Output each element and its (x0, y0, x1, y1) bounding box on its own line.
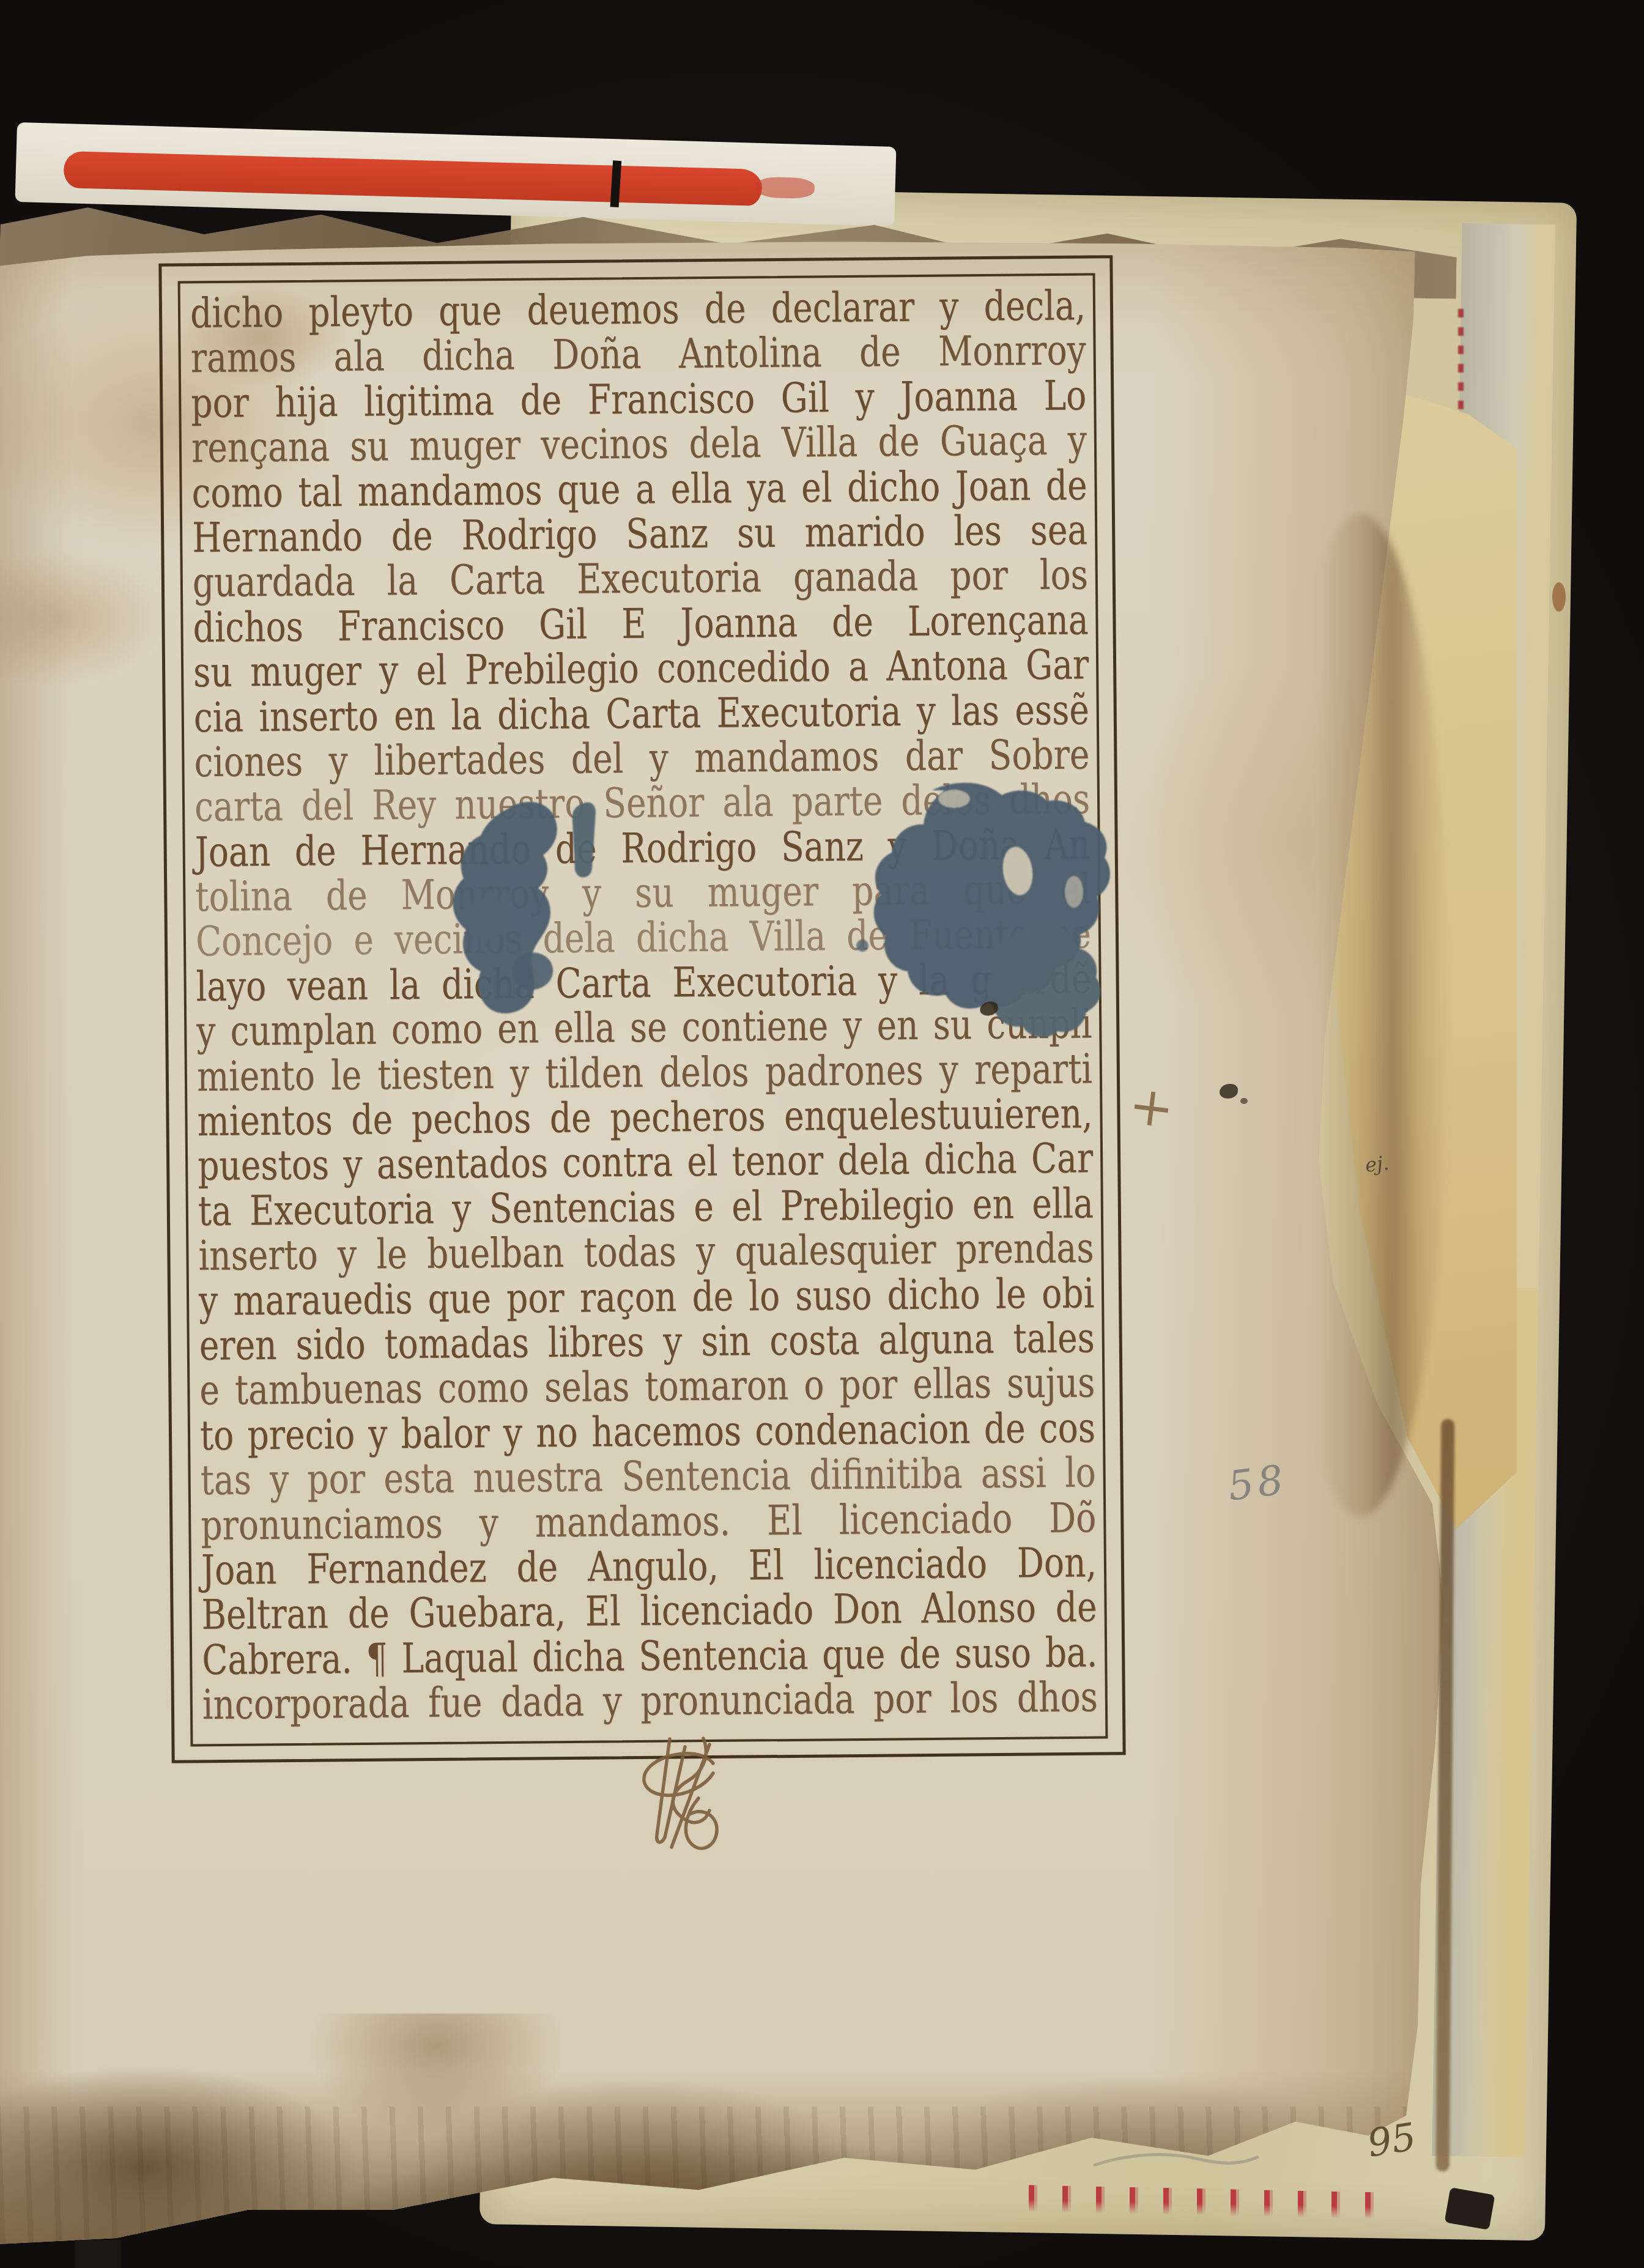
manuscript-line: incorporada fue dada y pronunciada por l… (202, 1678, 1098, 1731)
page-fold-fray (1272, 514, 1450, 1517)
ink-speck-small (1240, 1098, 1248, 1104)
cover-shadow-sliver (75, 2240, 121, 2268)
margin-note: ej. (1364, 1151, 1390, 1177)
margin-cross-mark: + (1125, 1073, 1178, 1141)
manuscript-photo-scene: dicho pleyto que deuemos de declarar y d… (0, 0, 1644, 2268)
folio-number-pencil: 58 (1226, 1456, 1290, 1510)
folio-number-ink: 95 (1364, 2114, 1419, 2165)
crease-red-flecks (1458, 309, 1464, 410)
edge-gap-notch (610, 160, 622, 207)
manuscript-text: dicho pleyto que deuemos de declarar y d… (190, 287, 1098, 1742)
binding-clasp-mark (1445, 2187, 1495, 2230)
cover-rust-spot (1552, 582, 1566, 612)
